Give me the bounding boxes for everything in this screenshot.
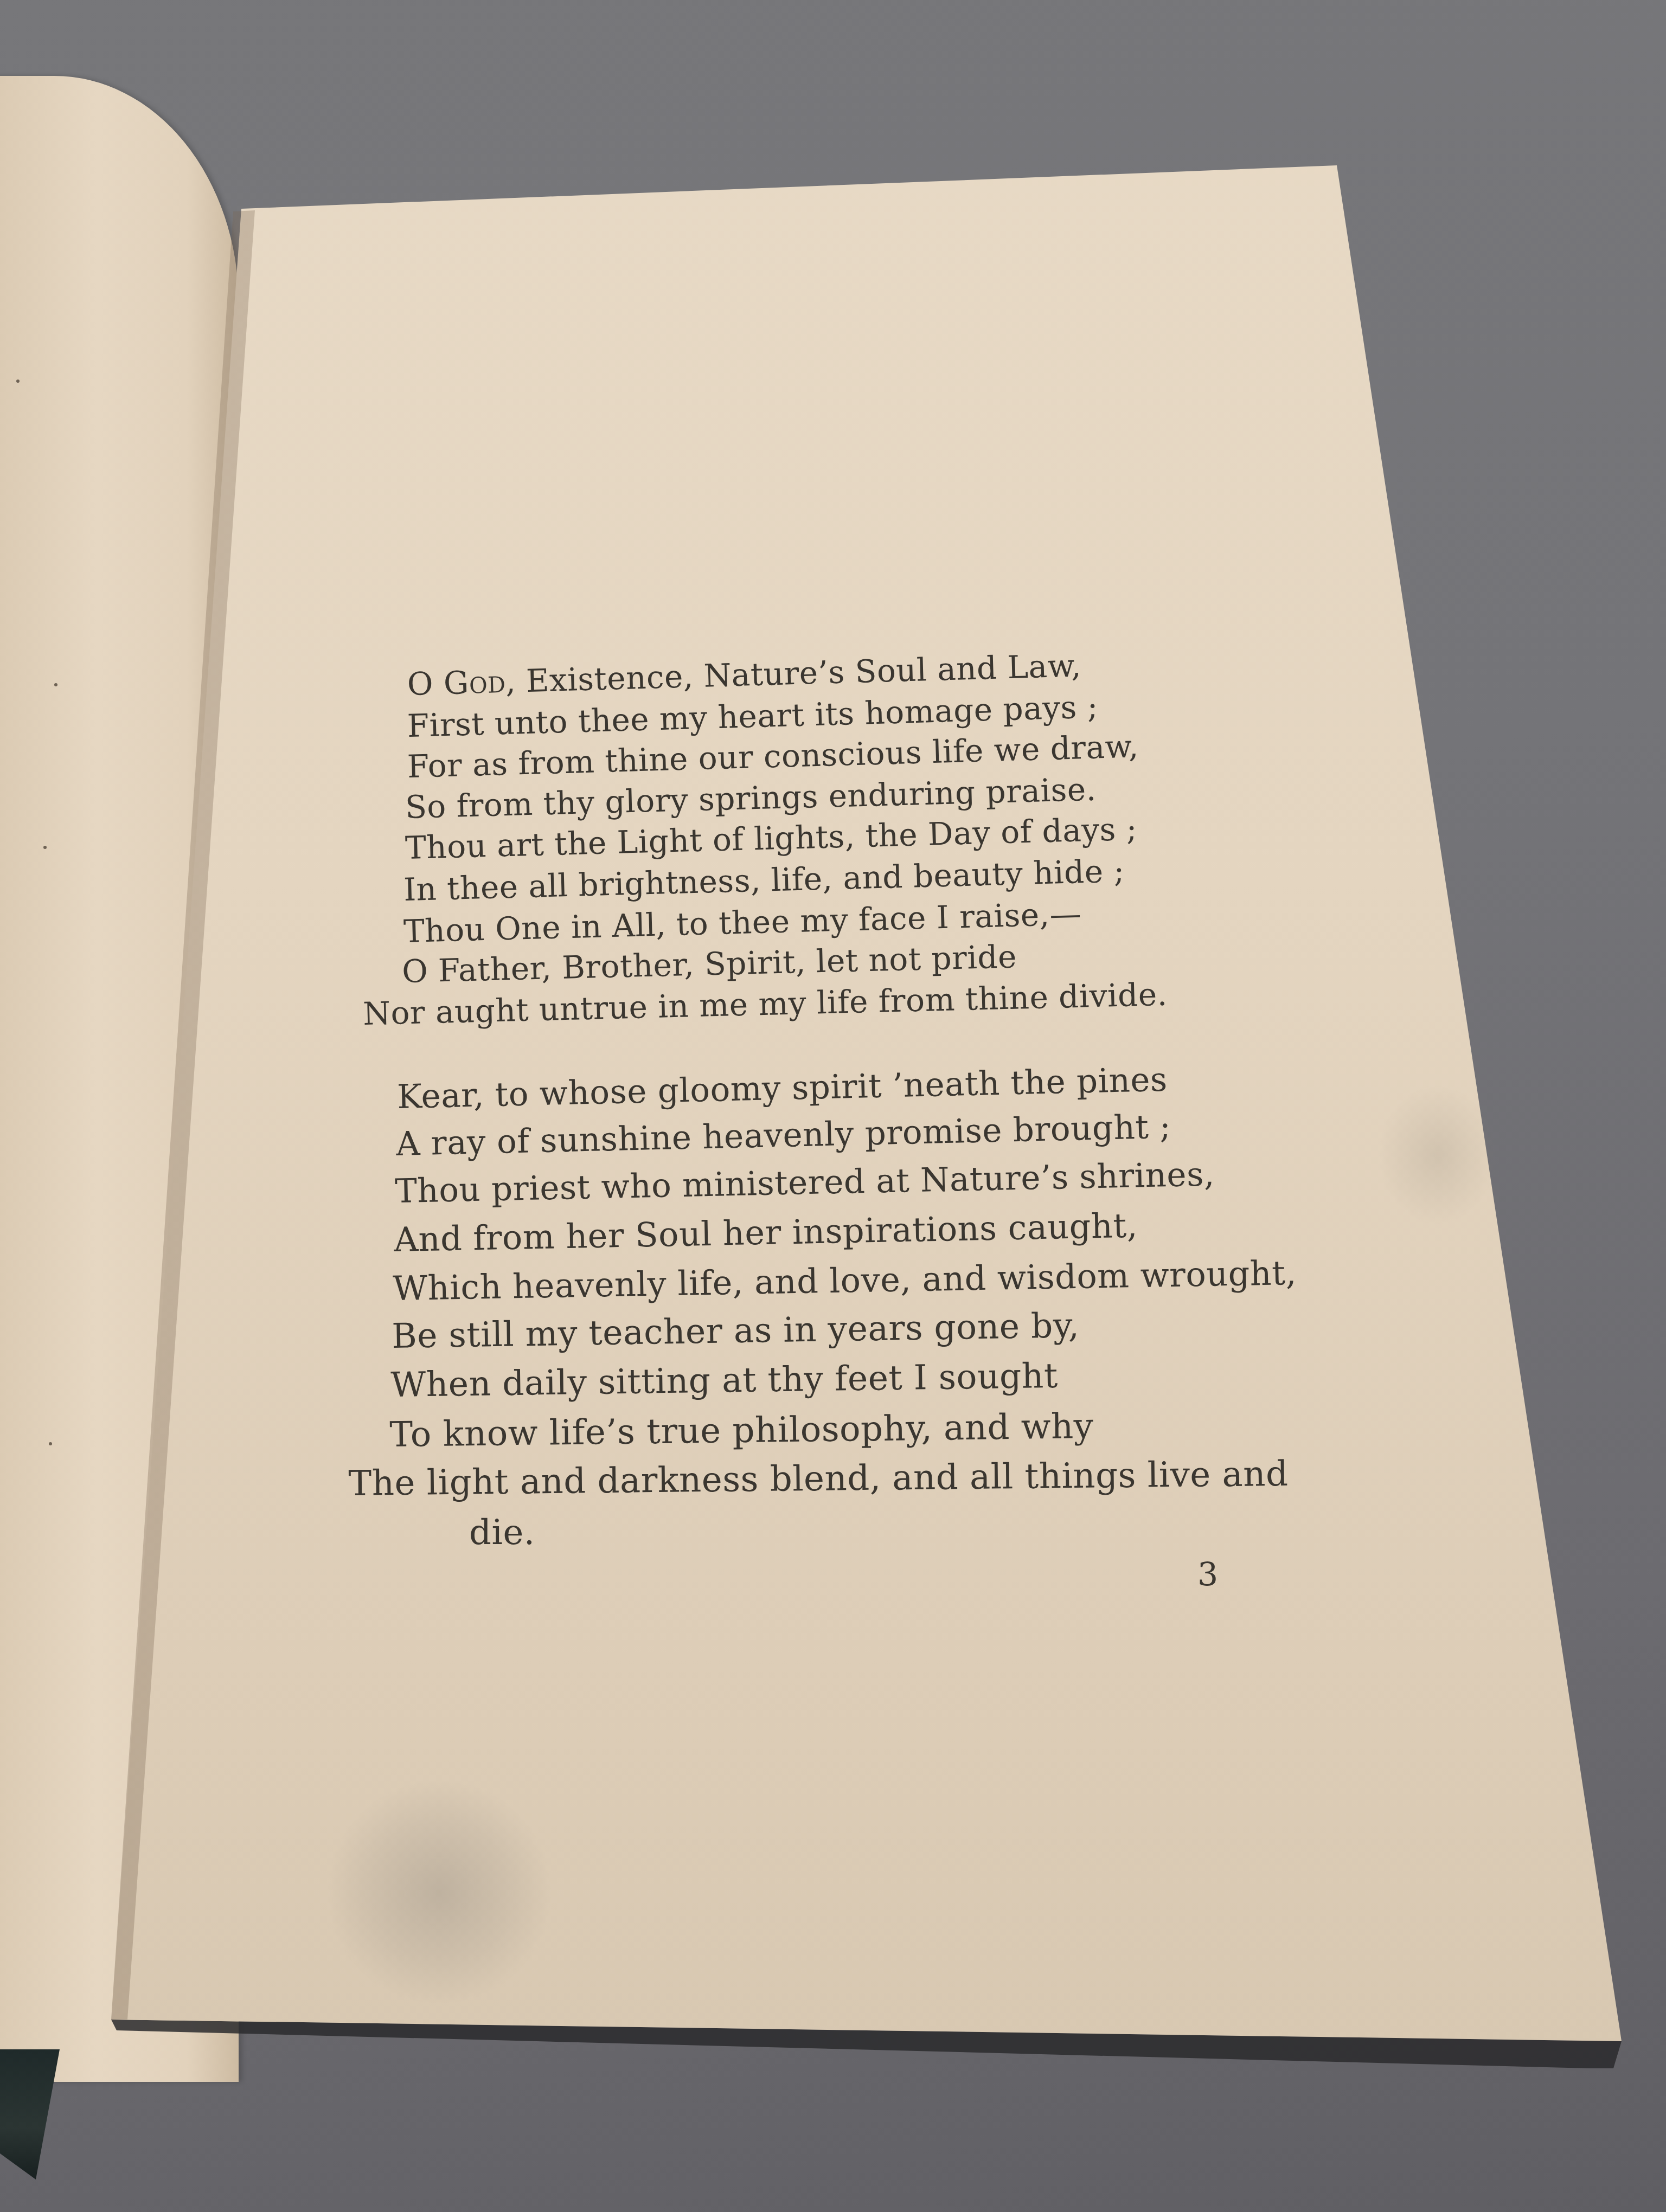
poem-line: Be still my teacher as in years gone by, bbox=[392, 1306, 1080, 1356]
poem-line: When daily sitting at thy feet I sought bbox=[390, 1356, 1058, 1405]
photo-scene: O God, Existence, Nature’s Soul and Law,… bbox=[0, 0, 1666, 2212]
poem-line: The light and darkness blend, and all th… bbox=[348, 1454, 1289, 1504]
poem-line: A ray of sunshine heavenly promise broug… bbox=[395, 1108, 1171, 1163]
poem-line: To know life’s true philosophy, and why bbox=[389, 1406, 1094, 1455]
poem: O God, Existence, Nature’s Soul and Law,… bbox=[0, 0, 1666, 2212]
poem-line: Which heavenly life, and love, and wisdo… bbox=[393, 1253, 1297, 1308]
page-number: 3 bbox=[1197, 1556, 1218, 1594]
poem-line: Kear, to whose gloomy spirit ’neath the … bbox=[396, 1060, 1168, 1116]
poem-line: Thou priest who ministered at Nature’s s… bbox=[395, 1155, 1215, 1211]
poem-line: And from her Soul her inspirations caugh… bbox=[394, 1206, 1138, 1259]
poem-line: die. bbox=[469, 1513, 535, 1553]
